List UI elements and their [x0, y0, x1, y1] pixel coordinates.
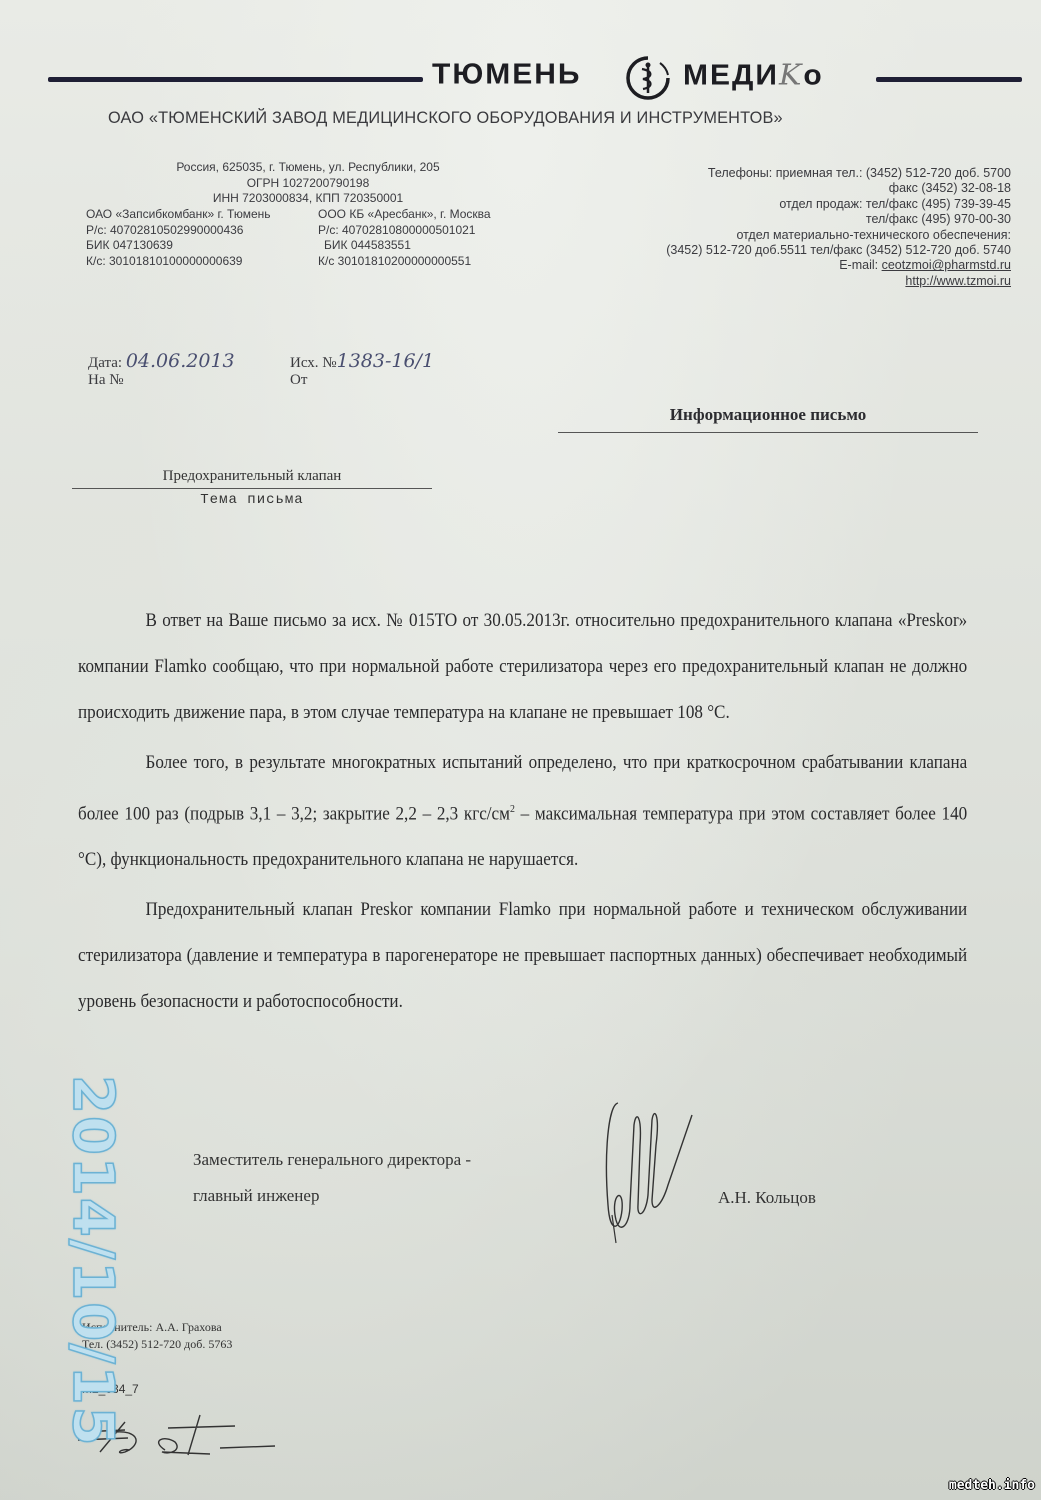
- bank2-block: ООО КБ «Аресбанк», г. Москва Р/с: 407028…: [318, 207, 491, 269]
- document-type: Информационное письмо: [558, 405, 978, 425]
- bank1-bik: БИК 047130639: [86, 238, 271, 254]
- subject-value: Предохранительный клапан: [72, 468, 432, 485]
- contact-website: http://www.tzmoi.ru: [551, 274, 1011, 289]
- site-watermark: medteh.info: [949, 1478, 1035, 1493]
- contacts-block: Телефоны: приемная тел.: (3452) 512-720 …: [551, 166, 1011, 289]
- photo-date-stamp: 2014/10/15: [40, 1075, 120, 1495]
- logo-o: о: [803, 60, 823, 91]
- outgoing-no-label: Исх. №: [290, 355, 337, 371]
- ref-no-field: На №: [88, 372, 124, 389]
- requisites-block: Россия, 625035, г. Тюмень, ул. Республик…: [128, 160, 488, 207]
- date-value: 04.06.2013: [126, 350, 235, 372]
- header-rule-left: [48, 77, 423, 82]
- letter-body: В ответ на Ваше письмо за исх. № 015ТО о…: [78, 598, 967, 1025]
- outgoing-no-field: Исх. №1383-16/1: [290, 350, 434, 372]
- address: Россия, 625035, г. Тюмень, ул. Республик…: [128, 160, 488, 176]
- contact-procurement-label: отдел материально-технического обеспечен…: [551, 228, 1011, 243]
- contact-procurement: (3452) 512-720 доб.5511 тел/факс (3452) …: [551, 243, 1011, 258]
- outgoing-no-value: 1383-16/1: [337, 350, 434, 372]
- signatory-title-line1: Заместитель генерального директора -: [193, 1150, 471, 1170]
- subject-underline: [72, 488, 432, 489]
- date-field: Дата: 04.06.2013: [88, 350, 235, 372]
- contact-fax: факс (3452) 32-08-18: [551, 181, 1011, 196]
- logo-k-script: K: [779, 59, 803, 92]
- email-label: E-mail:: [839, 258, 881, 272]
- email-link[interactable]: ceotzmoi@pharmstd.ru: [882, 258, 1011, 272]
- bank2-rs: Р/с: 40702810800000501021: [318, 223, 491, 239]
- organization-name: ОАО «ТЮМЕНСКИЙ ЗАВОД МЕДИЦИНСКОГО ОБОРУД…: [108, 108, 895, 128]
- subject-caption: Тема письма: [72, 492, 432, 508]
- handwritten-signature-icon: [590, 1095, 700, 1245]
- from-field: От: [290, 372, 307, 389]
- bank2-ks: К/с 30101810200000000551: [318, 254, 491, 270]
- contact-sales: отдел продаж: тел/факс (495) 739-39-45: [551, 197, 1011, 212]
- document-type-underline: [558, 432, 978, 433]
- contact-sales-fax: тел/факс (495) 970-00-30: [551, 212, 1011, 227]
- header-rule-right: [876, 77, 1022, 82]
- bank1-block: ОАО «Запсибкомбанк» г. Тюмень Р/с: 40702…: [86, 207, 271, 269]
- contact-email: E-mail: ceotzmoi@pharmstd.ru: [551, 258, 1011, 273]
- signatory-title-line2: главный инженер: [193, 1186, 319, 1206]
- bank2-bik: БИК 044583551: [318, 238, 491, 254]
- bank1-name: ОАО «Запсибкомбанк» г. Тюмень: [86, 207, 271, 223]
- logo-emblem-icon: [625, 55, 671, 101]
- bank1-rs: Р/с: 40702810502990000436: [86, 223, 271, 239]
- paragraph-2: Более того, в результате многократных ис…: [78, 740, 967, 883]
- logo-text-left: ТЮМЕНЬ: [432, 59, 582, 91]
- logo-text-right: МЕДИKо: [683, 59, 824, 92]
- paragraph-1: В ответ на Ваше письмо за исх. № 015ТО о…: [78, 598, 967, 736]
- inn-kpp: ИНН 7203000834, КПП 720350001: [128, 191, 488, 207]
- website-link[interactable]: http://www.tzmoi.ru: [905, 274, 1011, 288]
- bank1-ks: К/с: 30101810100000000639: [86, 254, 271, 270]
- ogrn: ОГРН 1027200790198: [128, 176, 488, 192]
- date-label: Дата:: [88, 355, 122, 371]
- bank2-name: ООО КБ «Аресбанк», г. Москва: [318, 207, 491, 223]
- signatory-name: А.Н. Кольцов: [718, 1188, 816, 1208]
- paragraph-3: Предохранительный клапан Preskor компани…: [78, 887, 967, 1025]
- contact-reception: Телефоны: приемная тел.: (3452) 512-720 …: [551, 166, 1011, 181]
- logo-medi: МЕДИ: [683, 60, 779, 91]
